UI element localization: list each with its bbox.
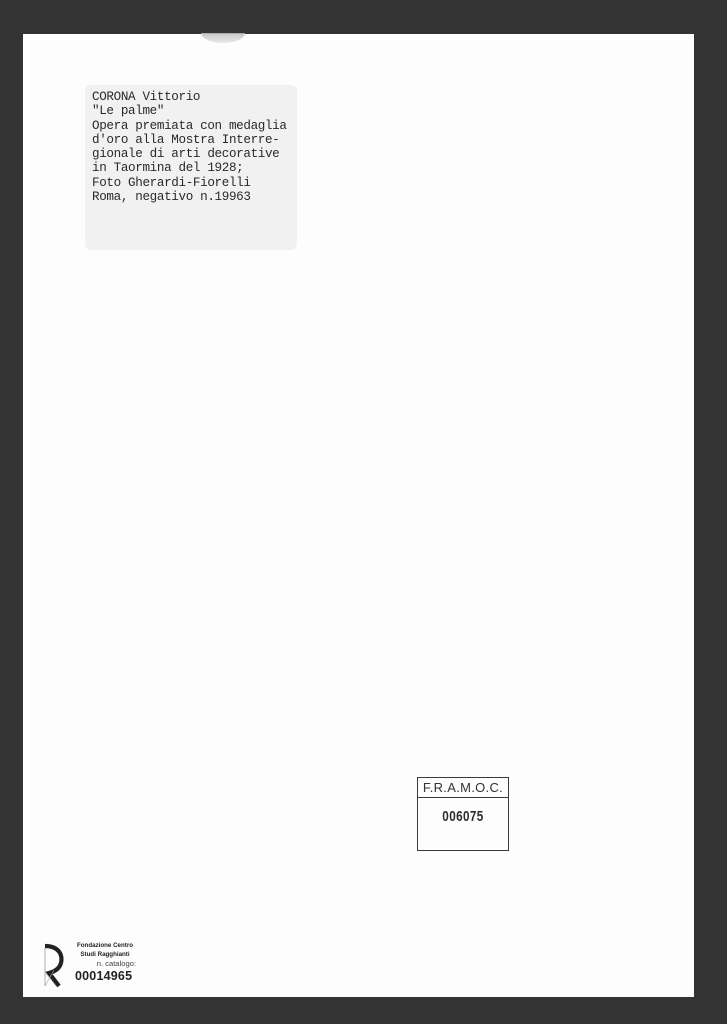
label-line-desc-4: in Taormina del 1928; bbox=[92, 161, 297, 175]
foundation-text: Fondazione Centro Studi Ragghianti n. ca… bbox=[74, 942, 154, 983]
tape-residue-mark bbox=[201, 33, 245, 43]
framoc-stamp: F.R.A.M.O.C. 006075 bbox=[417, 777, 509, 851]
label-line-negative: Roma, negativo n.19963 bbox=[92, 190, 297, 204]
foundation-name-line1: Fondazione Centro bbox=[74, 942, 136, 951]
label-line-artist: CORONA Vittorio bbox=[92, 90, 297, 104]
archive-card-paper: CORONA Vittorio "Le palme" Opera premiat… bbox=[23, 34, 694, 997]
stamp-number: 006075 bbox=[428, 808, 498, 825]
catalog-number: 00014965 bbox=[75, 969, 154, 983]
label-line-photo-credit: Foto Gherardi-Fiorelli bbox=[92, 176, 297, 190]
stamp-header: F.R.A.M.O.C. bbox=[418, 778, 508, 798]
label-line-title: "Le palme" bbox=[92, 104, 297, 118]
foundation-catalog-label: Fondazione Centro Studi Ragghianti n. ca… bbox=[42, 940, 152, 990]
foundation-name-line2: Studi Ragghianti bbox=[74, 951, 136, 960]
label-line-desc-2: d'oro alla Mostra Interre- bbox=[92, 133, 297, 147]
catalog-label: n. catalogo: bbox=[74, 959, 136, 969]
r-letter-logo-icon bbox=[42, 942, 64, 988]
label-line-desc-3: gionale di arti decorative bbox=[92, 147, 297, 161]
label-line-desc-1: Opera premiata con medaglia bbox=[92, 119, 297, 133]
typed-label-card: CORONA Vittorio "Le palme" Opera premiat… bbox=[85, 85, 297, 250]
